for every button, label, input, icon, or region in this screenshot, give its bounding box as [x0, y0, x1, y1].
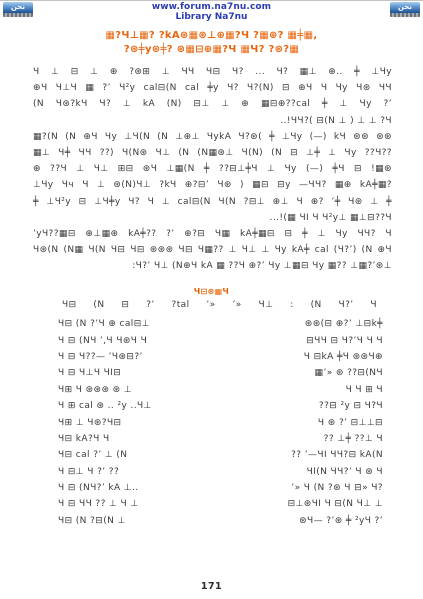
list-row: Ч ⊟ (NЧ ʼ,Ч Ч⊛Ч Ч⊟ЧЧ ⊟ Ч?ʼЧ Ч Ч [33, 333, 392, 349]
list-cell-right: ⊛Ч— ?ʼ⊛ ╪ ²уЧ ?ʼ [299, 513, 392, 529]
list-cell-left: Ч ⊟ (NЧ ʼ,Ч Ч⊛Ч Ч [33, 333, 147, 349]
title-line-1: ▦?Ч⊥▦? ?kA⊛▦⊛⊥⊕▦?Ч ?▦⊕? ▦╪▦, [0, 29, 423, 43]
list-cell-right: ??⊟ ²у ⊟ Ч?Ч [319, 398, 392, 414]
logo-text: نحن [11, 4, 25, 11]
list-row: Ч⊟ cal ?ʼ ⊥ (N?? ʼ—ЧI ЧЧ?⊟ kA(N [33, 447, 392, 463]
qa-list: Ч⊟ (N ?ʼЧ ⊕ cal⊟⊥⊛⊛(⊟ ⊕?ʼ ⊥⊟k╪Ч ⊟ (NЧ ʼ,… [33, 316, 392, 528]
title-line-2: ?⊛╪у⊛╪? ⊛▦⊟⊕▦?Ч ▦Ч? ?⊛?▦ [0, 43, 423, 57]
list-row: Ч ⊟ Ч??— ʼЧ⊛⊟?ʼЧ ⊟kA ╪Ч ⊛⊛Ч⊕ [33, 349, 392, 365]
logo-banner: نحن [3, 2, 33, 13]
body-line: ..!ЧЧ?( ⊟(N ⊥ ) ⊥ ⊥ ?Ч [33, 113, 392, 129]
body-line: ▦?(N (N ⊕Ч Чу ⊥Ч(N (N ⊥⊕⊥ ЧуkA Ч?⊛( ╪ ⊥Ч… [33, 129, 392, 145]
list-row: Ч⊟ (N ?ʼЧ ⊕ cal⊟⊥⊛⊛(⊟ ⊕?ʼ ⊥⊟k╪ [33, 316, 392, 332]
list-cell-right: ⊟ЧЧ ⊟ Ч?ʼЧ Ч Ч [306, 333, 392, 349]
list-cell-right: Ч Ч ⊞ Ч [346, 382, 392, 398]
list-row: Ч⊟ kA?Ч Ч?? ⊥╪ ??⊥ Ч [33, 431, 392, 447]
list-intro-line: Ч⊟ (N ⊟ ?ʼ ?tal ʼ» ʼ» Ч⊥ : (N Ч?ʼ Ч [62, 299, 377, 312]
site-url-link[interactable]: www.forum.na7nu.com [0, 2, 423, 12]
body-line: (N Ч⊛?kЧ Ч? ⊥ kA (N) ⊟⊥ ⊥ ⊕ ▦⊟⊕??cal ╪ ⊥… [33, 96, 392, 112]
list-row: Ч ⊟ (NЧ?ʼ kA ⊥..ʼ» Ч (N ?⊛ Ч ⊟» Ч? [33, 480, 392, 496]
list-cell-left: Ч ⊞ cal ⊛ .. ²у ..Ч⊥ [33, 398, 152, 414]
list-cell-right: ⊛⊛(⊟ ⊕?ʼ ⊥⊟k╪ [305, 316, 392, 332]
logo-text: نحن [398, 4, 412, 11]
document-title: ▦?Ч⊥▦? ?kA⊛▦⊛⊥⊕▦?Ч ?▦⊕? ▦╪▦, ?⊛╪у⊛╪? ⊛▦⊟… [0, 29, 423, 57]
list-cell-right: ▦ʼ» ⊛ ??⊟(NЧ [315, 365, 392, 381]
body-paragraphs: Ч ⊥ ⊟ ⊥ ⊕ ?⊛⊞ ⊥ ЧЧ Ч⊟ Ч? ... Ч? ▦⊥ ⊕.. ╪… [33, 64, 392, 274]
list-cell-right: ?? ʼ—ЧI ЧЧ?⊟ kA(N [291, 447, 392, 463]
body-line: ʼуЧ??▦⊟ ⊕⊥▦⊕ kA╪?? ?ʼ ⊕?⊟ Ч▦ kA╪▦⊟ ⊟ ╪ ⊥… [33, 226, 392, 242]
forum-logo-left[interactable]: نحن [3, 2, 33, 17]
site-library-label: Library Na7nu [0, 12, 423, 22]
body-line: ...!(▦ ЧI Ч Ч²у⊥ ▦⊥⊟??Ч [33, 210, 392, 226]
list-row: Ч⊞ Ч ⊛⊛⊛ ⊛ ⊥Ч Ч ⊞ Ч [33, 382, 392, 398]
body-line: ╪ ⊥Ч²у ⊟ ⊥Ч╪у Ч? Ч ⊥ cal⊟(N Ч(N ?⊟⊥ ⊕⊥ Ч… [33, 194, 392, 210]
list-row: Ч ⊟ ЧЧ ?? ⊥ Ч ⊥⊟⊥⊛ЧI Ч ⊟(N Ч⊥ ⊥ [33, 496, 392, 512]
body-line: ⊕Ч Ч⊥Ч ▦ ?ʼ Ч²у cal⊟(N cal ╪у Ч? Ч?(N) ⊟… [33, 80, 392, 96]
page-number: 171 [0, 581, 423, 592]
document-page: نحن نحن www.forum.na7nu.com Library Na7n… [0, 0, 423, 599]
list-row: Ч ⊟ Ч⊥Ч ЧI⊟▦ʼ» ⊛ ??⊟(NЧ [33, 365, 392, 381]
list-cell-left: Ч ⊟ ЧЧ ?? ⊥ Ч ⊥ [33, 496, 139, 512]
list-row: Ч ⊞ cal ⊛ .. ²у ..Ч⊥??⊟ ²у ⊟ Ч?Ч [33, 398, 392, 414]
body-line: :Ч?ʼ Ч⊥ (N⊕Ч kA ▦ ??Ч ⊕?ʼ Чу ⊥▦⊟ Чу ▦?? … [33, 258, 392, 274]
list-cell-left: Ч⊟ (N ?⊟(N ⊥ [33, 513, 126, 529]
forum-logo-right[interactable]: نحن [390, 2, 420, 17]
list-cell-left: Ч ⊟ Ч⊥Ч ЧI⊟ [33, 365, 121, 381]
section-heading: Ч⊟⊛▦Ч [0, 287, 423, 296]
body-line: ▦⊥ Ч╪ ЧЧ ??) Ч(N⊛ Ч⊥ (N (N▦⊛⊥ Ч(N) (N ⊟ … [33, 145, 392, 161]
list-cell-right: ЧI(N ЧЧ?ʼ Ч ⊛ Ч [307, 464, 392, 480]
list-cell-left: Ч ⊟⊥ Ч ?ʼ ?? [33, 464, 119, 480]
list-cell-left: Ч⊟ cal ?ʼ ⊥ (N [33, 447, 127, 463]
body-line: ⊕ ??Ч ⊥ Ч⊥ ⊞⊟ ⊛Ч ⊥▦(N ╪ ??⊟⊥╪Ч ⊥ Чу (—) … [33, 161, 392, 177]
body-line: Ч⊛(N (N▦ Ч(N Ч⊟ Ч⊟ ⊛⊛⊛ Ч⊟ Ч▦?? ⊥ Ч⊥ ⊥ Чу… [33, 242, 392, 258]
list-cell-left: Ч ⊟ (NЧ?ʼ kA ⊥.. [33, 480, 139, 496]
list-cell-left: Ч⊞ Ч ⊛⊛⊛ ⊛ ⊥ [33, 382, 132, 398]
list-cell-left: Ч ⊟ Ч??— ʼЧ⊛⊟?ʼ [33, 349, 143, 365]
logo-strip [3, 13, 33, 17]
list-row: Ч⊟ (N ?⊟(N ⊥⊛Ч— ?ʼ⊛ ╪ ²уЧ ?ʼ [33, 513, 392, 529]
list-cell-right: ʼ» Ч (N ?⊛ Ч ⊟» Ч? [291, 480, 392, 496]
list-cell-right: ?? ⊥╪ ??⊥ Ч [324, 431, 392, 447]
list-row: Ч ⊟⊥ Ч ?ʼ ??ЧI(N ЧЧ?ʼ Ч ⊛ Ч [33, 464, 392, 480]
site-header: www.forum.na7nu.com Library Na7nu [0, 1, 423, 22]
body-line: ⊥Чу Чч Ч ⊥ ⊛(N)Ч⊥ ?kЧ ⊕?⊟ʼ Ч⊛ ) ▦⊟ ⊟у —Ч… [33, 177, 392, 193]
body-line: Ч ⊥ ⊟ ⊥ ⊕ ?⊛⊞ ⊥ ЧЧ Ч⊟ Ч? ... Ч? ▦⊥ ⊕.. ╪… [33, 64, 392, 80]
list-cell-left: Ч⊟ (N ?ʼЧ ⊕ cal⊟⊥ [33, 316, 150, 332]
logo-banner: نحن [390, 2, 420, 13]
list-cell-right: Ч ⊟kA ╪Ч ⊛⊛Ч⊕ [304, 349, 392, 365]
list-row: Ч⊞ ⊥ Ч⊛?Ч⊟Ч ⊛ ?ʼ ⊟⊥⊥⊟ [33, 415, 392, 431]
list-cell-right: ⊟⊥⊛ЧI Ч ⊟(N Ч⊥ ⊥ [288, 496, 392, 512]
list-cell-right: Ч ⊛ ?ʼ ⊟⊥⊥⊟ [318, 415, 392, 431]
list-cell-left: Ч⊟ kA?Ч Ч [33, 431, 110, 447]
list-cell-left: Ч⊞ ⊥ Ч⊛?Ч⊟ [33, 415, 121, 431]
logo-strip [390, 13, 420, 17]
